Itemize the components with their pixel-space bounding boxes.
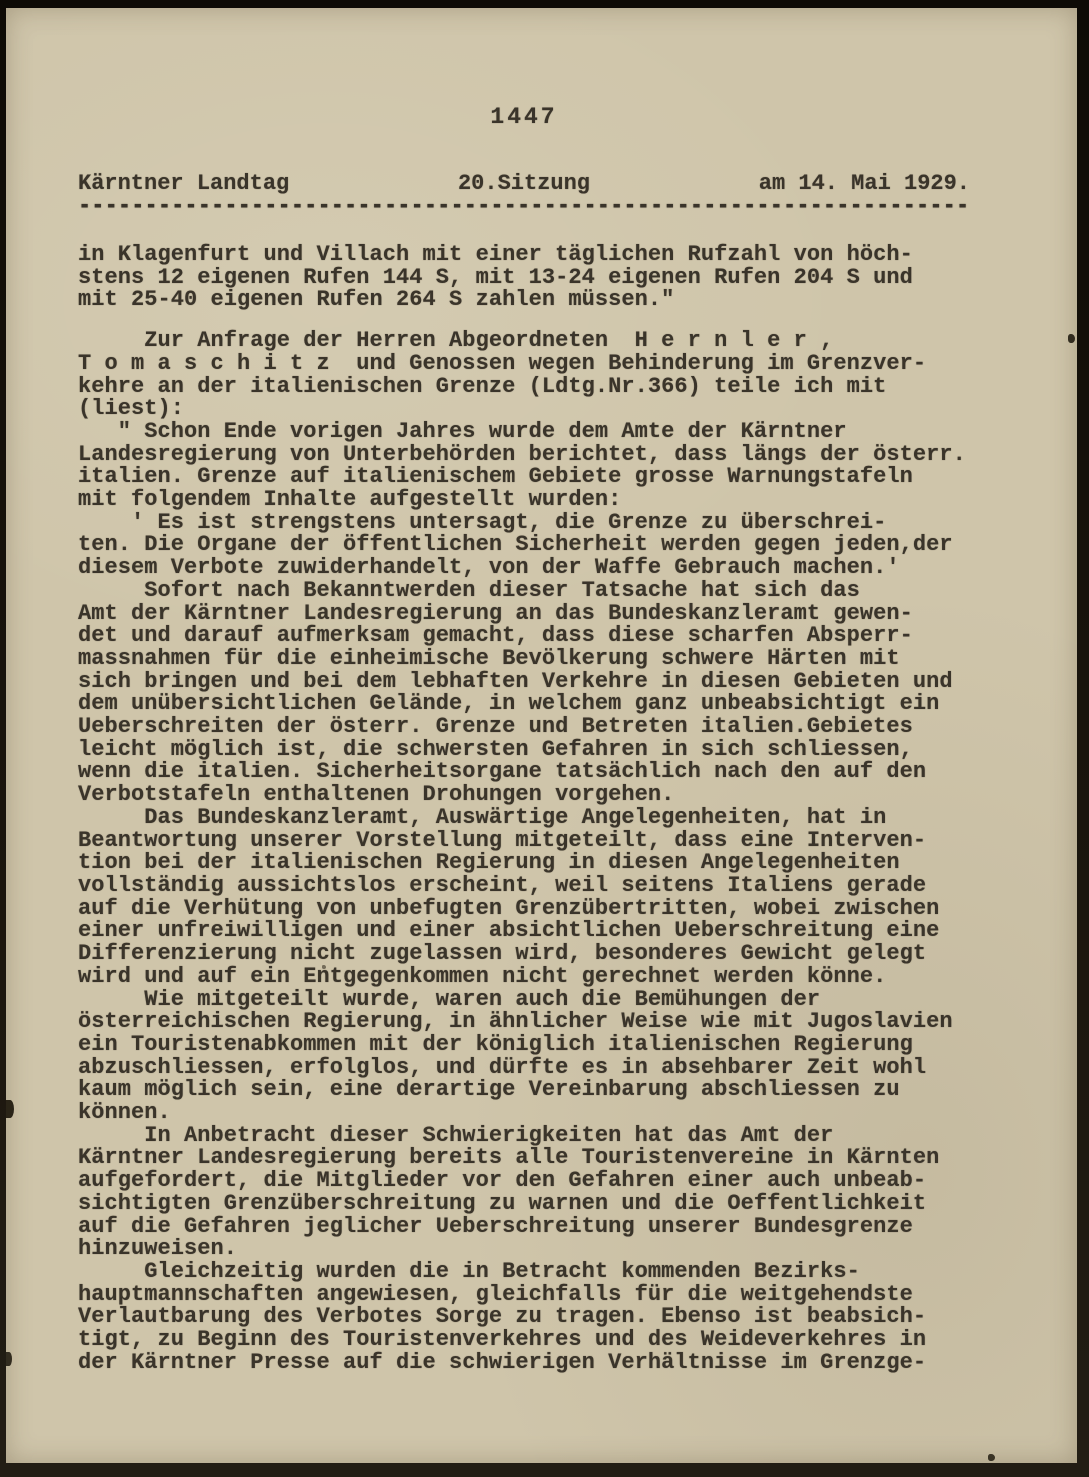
document-body: in Klagenfurt und Villach mit einer tägl… (78, 244, 970, 1374)
paragraph-bezirkshauptmannschaften: Gleichzeitig wurden die in Betracht komm… (78, 1261, 970, 1375)
text-column: 1447 Kärntner Landtag 20.Sitzung am 14. … (78, 106, 970, 1374)
paragraph-bundeskanzleramt-meldung: Sofort nach Bekanntwerden dieser Tatsach… (78, 580, 970, 807)
header-session-date: am 14. Mai 1929. (759, 172, 970, 195)
scan-speck (322, 965, 326, 969)
paragraph-touristenvereine-warnung: In Anbetracht dieser Schwierigkeiten hat… (78, 1125, 970, 1261)
scanned-page: 1447 Kärntner Landtag 20.Sitzung am 14. … (0, 0, 1089, 1477)
session-header: Kärntner Landtag 20.Sitzung am 14. Mai 1… (78, 172, 970, 195)
scan-speck (6, 1100, 14, 1118)
paragraph-touristenabkommen: Wie mitgeteilt wurde, waren auch die Bem… (78, 989, 970, 1125)
paragraph-verbot-zitat: ' Es ist strengstens untersagt, die Gren… (78, 512, 970, 580)
scan-speck (1068, 334, 1075, 343)
paragraph-quote-end: in Klagenfurt und Villach mit einer tägl… (78, 244, 970, 312)
page-number: 1447 (78, 106, 970, 129)
paragraph-warnungstafeln: " Schon Ende vorigen Jahres wurde dem Am… (78, 421, 970, 512)
scan-speck (988, 1454, 995, 1461)
header-parliament-title: Kärntner Landtag (78, 172, 289, 195)
separator-dashed-rule: ----------------------------------------… (78, 196, 970, 218)
scan-speck (6, 1352, 12, 1366)
header-session-number: 20.Sitzung (458, 172, 590, 195)
document-page: 1447 Kärntner Landtag 20.Sitzung am 14. … (6, 8, 1077, 1463)
paragraph-anfrage-intro: Zur Anfrage der Herren Abgeordneten H e … (78, 330, 970, 421)
paragraph-intervention-aussichtslos: Das Bundeskanzleramt, Auswärtige Angeleg… (78, 807, 970, 989)
